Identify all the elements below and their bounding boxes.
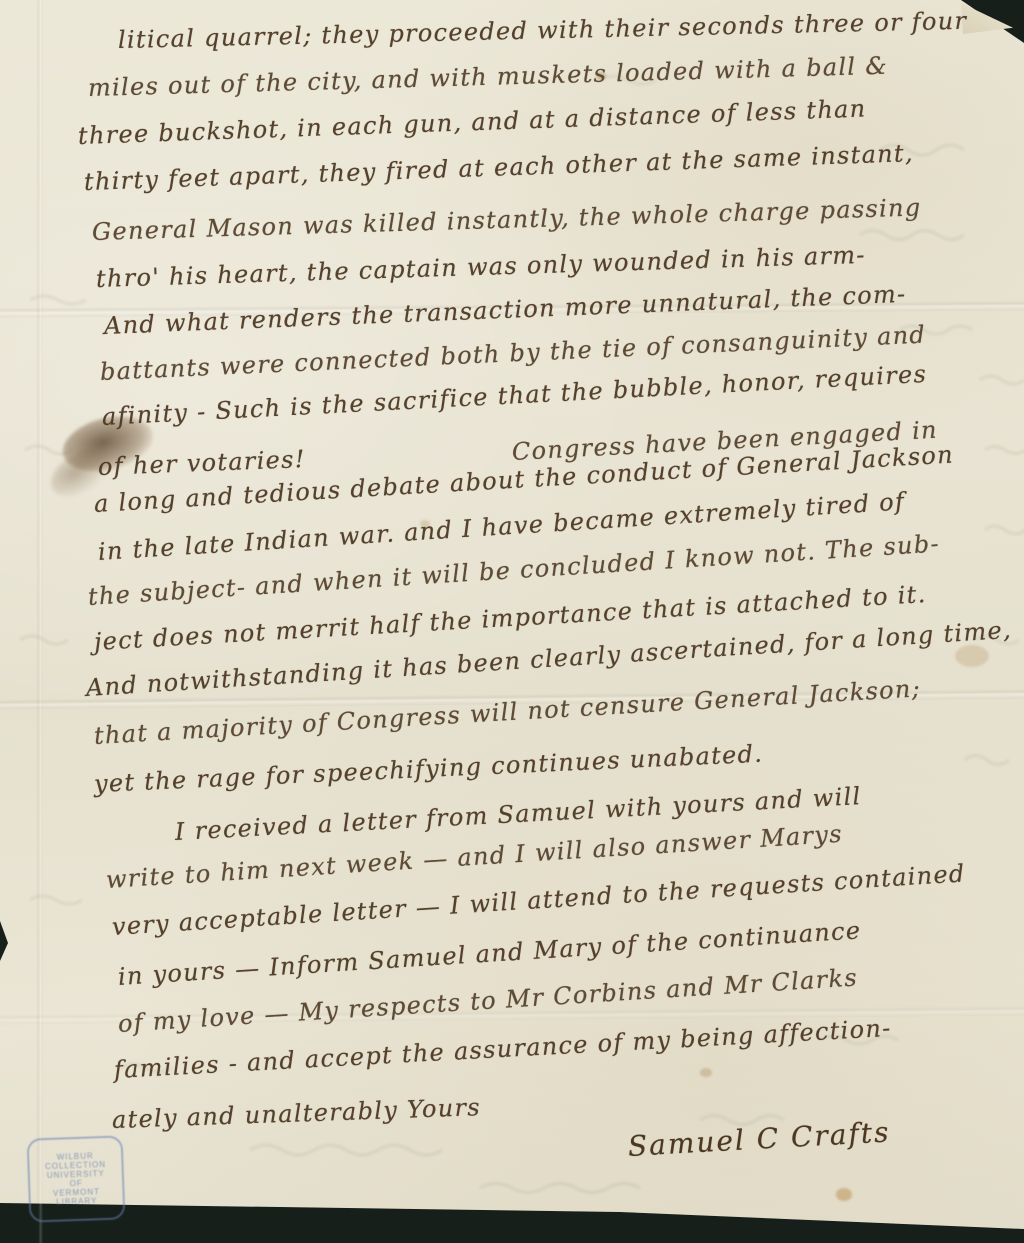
stamp-line: LIBRARY (56, 1196, 97, 1206)
library-stamp: WILBUR COLLECTION UNIVERSITY OF VERMONT … (27, 1135, 126, 1222)
stamp-line: OF (69, 1179, 82, 1188)
folded-corner (961, 3, 1013, 34)
letter-scan: litical quarrel; they proceeded with the… (0, 0, 1024, 1243)
